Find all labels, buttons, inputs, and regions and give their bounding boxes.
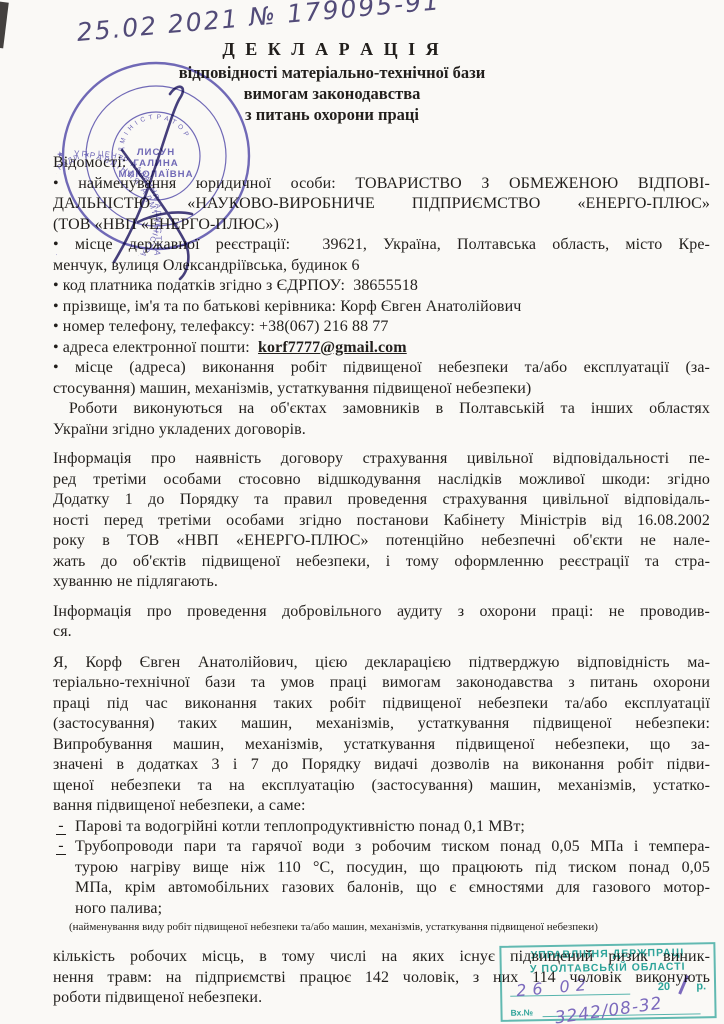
text-line: • номер телефону, телефаксу: +38(067) 21…	[53, 317, 710, 338]
year-ink-stroke	[678, 975, 688, 994]
paragraph-email: • адреса електронної пошти: korf7777@gma…	[53, 338, 710, 359]
text-line: Інформація про наявність договору страху…	[53, 449, 710, 470]
text-line: значені в додатках 3 і 7 до Порядку вида…	[53, 755, 710, 776]
text-line: Додатку 1 до Порядку та правил проведенн…	[53, 490, 710, 511]
text-line: турою нагріву вище ніж 110 °С, посудин, …	[75, 858, 710, 879]
list-dash-icon: -	[56, 817, 66, 835]
text-line: року в ТОВ «НВП «ЕНЕРГО-ПЛЮС» потенційно…	[53, 531, 710, 552]
handwritten-number: 3242/08-32	[554, 994, 664, 1024]
text-line: хуванню не підлягають.	[53, 572, 710, 593]
handwritten-signature	[92, 72, 252, 287]
text-line: стосування) машин, механізмів, устаткува…	[53, 379, 710, 400]
footnote-small: (найменування виду робіт підвищеної небе…	[53, 919, 710, 935]
text-line: Випробування машин, механізмів, устаткув…	[53, 735, 710, 756]
text-line: праці під час виконання таких робіт підв…	[53, 694, 710, 715]
registration-stamp: УПРАВЛІННЯ ДЕРЖПРАЦІ У ПОЛТАВСЬКІЙ ОБЛАС…	[499, 942, 716, 1022]
paragraph-insurance: Інформація про наявність договору страху…	[53, 449, 710, 593]
hazard-item-text: Парові та водогрійні котли теплопродукти…	[75, 817, 710, 838]
text-line: ред третіми особами стосовно відшкодуван…	[53, 470, 710, 491]
text-line: • місце (адреса) виконання робіт підвище…	[53, 358, 710, 379]
text-line: вання підвищеної небезпеки, а саме:	[53, 796, 710, 817]
hazard-list-item-boilers: - Парові та водогрійні котли теплопродук…	[53, 817, 710, 838]
text-line: (застосування) таких машин, механізмів, …	[53, 714, 710, 735]
text-line: жать до об'єктів підвищеної небезпеки, і…	[53, 552, 710, 573]
paragraph-declaration: Я, Корф Євген Анатолійович, цією деклара…	[53, 653, 710, 817]
paragraph-works-note: Роботи виконуються на об'єктах замовникі…	[53, 399, 710, 440]
year-prefix: 20	[658, 981, 670, 993]
list-dash-icon: -	[56, 837, 66, 855]
hazard-item-text: Трубопроводи пари та гарячої води з робо…	[75, 837, 710, 919]
text-line: • прізвище, ім'я та по батькові керівник…	[53, 297, 710, 318]
email-label: • адреса електронної пошти:	[53, 339, 258, 356]
handwritten-date: 26 02	[515, 975, 592, 1001]
scanned-declaration-document: 25.02 2021 № 179095-91 Д Е К Л А Р А Ц І…	[0, 0, 724, 1024]
paragraph-head-name: • прізвище, ім'я та по батькові керівник…	[53, 297, 710, 318]
hazard-list-item-pipelines: - Трубопроводи пари та гарячої води з ро…	[53, 837, 710, 919]
number-label: Вх.№	[510, 1007, 533, 1017]
text-line: Я, Корф Євген Анатолійович, цією деклара…	[53, 653, 710, 674]
text-line: України згідно укладених договорів.	[53, 420, 710, 441]
text-line: Парові та водогрійні котли теплопродукти…	[75, 817, 710, 838]
year-suffix: р.	[696, 980, 706, 992]
text-line: Трубопроводи пари та гарячої води з робо…	[75, 837, 710, 858]
text-line: щеної небезпеки та на експлуатацію (заст…	[53, 776, 710, 797]
text-line: МПа, крім автомобільних газових балонів,…	[75, 878, 710, 899]
text-line: Роботи виконуються на об'єктах замовникі…	[53, 399, 710, 420]
email-address: korf7777@gmail.com	[258, 339, 407, 356]
reg-stamp-number-row: Вх.№ 3242/08-32	[502, 996, 714, 1022]
reg-stamp-line1: УПРАВЛІННЯ ДЕРЖПРАЦІ	[501, 946, 713, 962]
text-line: Інформація про проведення добровільного …	[53, 602, 710, 623]
paragraph-work-place: • місце (адреса) виконання робіт підвище…	[53, 358, 710, 399]
text-line: ного палива;	[75, 899, 710, 920]
text-line: теріально-технічної бази та умов праці в…	[53, 673, 710, 694]
text-line: ності перед третіми особами згідно поста…	[53, 511, 710, 532]
text-line: ся.	[53, 622, 710, 643]
paragraph-phone: • номер телефону, телефаксу: +38(067) 21…	[53, 317, 710, 338]
paragraph-audit: Інформація про проведення добровільного …	[53, 602, 710, 643]
